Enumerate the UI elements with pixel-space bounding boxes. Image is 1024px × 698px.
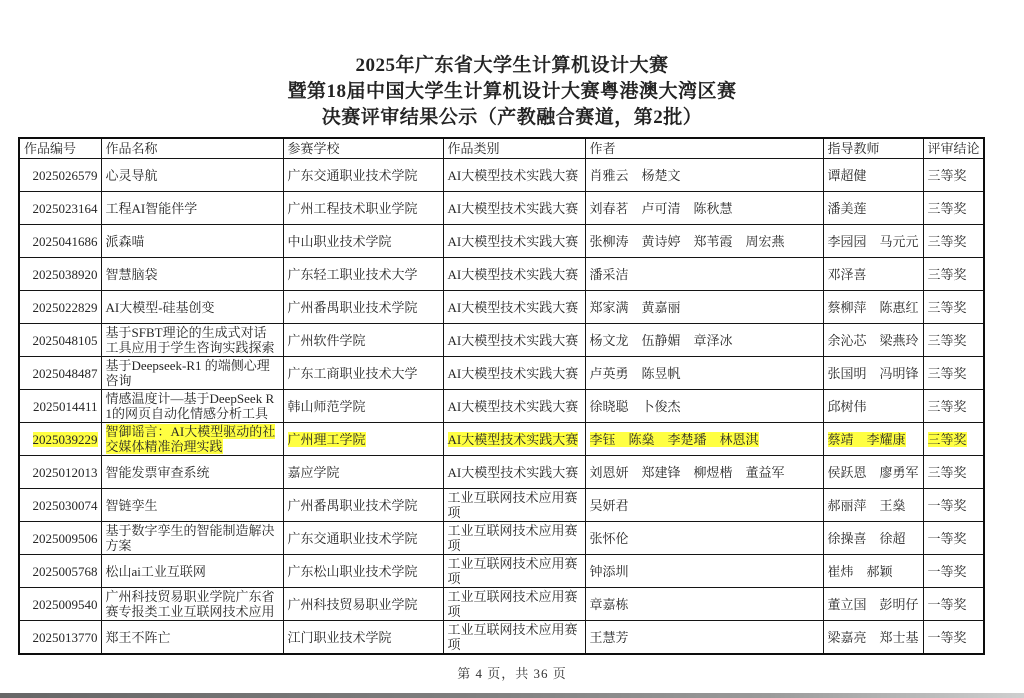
cell-school: 韩山师范学院 bbox=[283, 390, 443, 423]
cell-text: 三等奖 bbox=[928, 333, 967, 348]
cell-result: 三等奖 bbox=[923, 390, 984, 423]
cell-name: 基于Deepseek-R1 的端侧心理咨询 bbox=[101, 357, 283, 390]
cell-id: 2025022829 bbox=[19, 291, 101, 324]
cell-authors: 郑家满 黄嘉丽 bbox=[585, 291, 823, 324]
cell-text: 董立国 彭明仔 bbox=[828, 597, 919, 612]
cell-text: 工业互联网技术应用赛项 bbox=[448, 589, 578, 619]
cell-text: 三等奖 bbox=[928, 234, 967, 249]
cell-text: 情感温度计—基于DeepSeek R1的网页自动化情感分析工具 bbox=[106, 391, 275, 421]
cell-school: 广州科技贸易职业学院 bbox=[283, 588, 443, 621]
cell-text: AI大模型技术实践大赛 bbox=[448, 366, 579, 381]
cell-school: 中山职业技术学院 bbox=[283, 225, 443, 258]
cell-text: 一等奖 bbox=[928, 498, 967, 513]
column-header-result: 评审结论 bbox=[923, 138, 984, 159]
cell-text: 2025014411 bbox=[33, 399, 98, 414]
column-header-id: 作品编号 bbox=[19, 138, 101, 159]
cell-text: 潘美莲 bbox=[828, 201, 867, 216]
cell-text: 邱树伟 bbox=[828, 399, 867, 414]
cell-result: 三等奖 bbox=[923, 357, 984, 390]
cell-teachers: 崔炜 郝颖 bbox=[823, 555, 923, 588]
table-row-highlighted: 2025039229智御谣言：AI大模型驱动的社交媒体精准治理实践广州理工学院A… bbox=[19, 423, 984, 456]
cell-text: 李钰 陈燊 李楚璠 林恩淇 bbox=[590, 432, 759, 447]
cell-category: 工业互联网技术应用赛项 bbox=[443, 621, 585, 655]
cell-text: 吴妍君 bbox=[590, 498, 629, 513]
table-row: 2025026579心灵导航广东交通职业技术学院AI大模型技术实践大赛肖雅云 杨… bbox=[19, 159, 984, 192]
cell-authors: 杨文龙 伍静媚 章泽冰 bbox=[585, 324, 823, 357]
cell-text: 工程AI智能伴学 bbox=[106, 201, 198, 216]
cell-school: 江门职业技术学院 bbox=[283, 621, 443, 655]
cell-text: AI大模型技术实践大赛 bbox=[448, 168, 579, 183]
cell-authors: 肖雅云 杨楚文 bbox=[585, 159, 823, 192]
cell-authors: 卢英勇 陈昱帆 bbox=[585, 357, 823, 390]
cell-id: 2025023164 bbox=[19, 192, 101, 225]
cell-name: 情感温度计—基于DeepSeek R1的网页自动化情感分析工具 bbox=[101, 390, 283, 423]
cell-id: 2025048487 bbox=[19, 357, 101, 390]
cell-text: AI大模型技术实践大赛 bbox=[448, 267, 579, 282]
cell-text: 广州软件学院 bbox=[288, 333, 366, 348]
cell-name: 智链孪生 bbox=[101, 489, 283, 522]
cell-text: 杨文龙 伍静媚 章泽冰 bbox=[590, 333, 733, 348]
cell-id: 2025038920 bbox=[19, 258, 101, 291]
cell-text: 工业互联网技术应用赛项 bbox=[448, 556, 578, 586]
page-title: 2025年广东省大学生计算机设计大赛 暨第18届中国大学生计算机设计大赛粤港澳大… bbox=[0, 53, 1024, 131]
cell-result: 三等奖 bbox=[923, 225, 984, 258]
table-header-row: 作品编号作品名称参赛学校作品类别作者指导教师评审结论 bbox=[19, 138, 984, 159]
cell-id: 2025026579 bbox=[19, 159, 101, 192]
cell-school: 嘉应学院 bbox=[283, 456, 443, 489]
cell-teachers: 侯跃恩 廖勇军 bbox=[823, 456, 923, 489]
cell-category: AI大模型技术实践大赛 bbox=[443, 159, 585, 192]
cell-text: 2025041686 bbox=[33, 234, 98, 249]
cell-authors: 潘采洁 bbox=[585, 258, 823, 291]
cell-text: 谭超健 bbox=[828, 168, 867, 183]
cell-category: 工业互联网技术应用赛项 bbox=[443, 522, 585, 555]
cell-text: 2025009506 bbox=[33, 531, 98, 546]
cell-category: 工业互联网技术应用赛项 bbox=[443, 489, 585, 522]
cell-text: 智御谣言：AI大模型驱动的社交媒体精准治理实践 bbox=[106, 424, 276, 454]
cell-text: 徐晓聪 卜俊杰 bbox=[590, 399, 681, 414]
cell-text: AI大模型技术实践大赛 bbox=[448, 300, 579, 315]
cell-text: 江门职业技术学院 bbox=[288, 630, 392, 645]
cell-school: 广东交通职业技术学院 bbox=[283, 159, 443, 192]
cell-authors: 章嘉栋 bbox=[585, 588, 823, 621]
cell-text: 基于SFBT理论的生成式对话工具应用于学生咨询实践探索 bbox=[106, 325, 275, 355]
cell-authors: 吴妍君 bbox=[585, 489, 823, 522]
cell-text: 李园园 马元元 bbox=[828, 234, 919, 249]
cell-text: 智链孪生 bbox=[106, 498, 158, 513]
cell-id: 2025039229 bbox=[19, 423, 101, 456]
cell-result: 一等奖 bbox=[923, 489, 984, 522]
cell-text: 卢英勇 陈昱帆 bbox=[590, 366, 681, 381]
scan-edge bbox=[0, 693, 1024, 698]
cell-text: 三等奖 bbox=[928, 465, 967, 480]
cell-text: 梁嘉亮 郑士基 bbox=[828, 630, 919, 645]
cell-name: 智能发票审查系统 bbox=[101, 456, 283, 489]
table-row: 2025048105基于SFBT理论的生成式对话工具应用于学生咨询实践探索广州软… bbox=[19, 324, 984, 357]
cell-id: 2025009506 bbox=[19, 522, 101, 555]
cell-teachers: 董立国 彭明仔 bbox=[823, 588, 923, 621]
cell-authors: 钟添圳 bbox=[585, 555, 823, 588]
cell-result: 三等奖 bbox=[923, 258, 984, 291]
cell-school: 广州番禺职业技术学院 bbox=[283, 291, 443, 324]
cell-name: 工程AI智能伴学 bbox=[101, 192, 283, 225]
column-header-teachers: 指导教师 bbox=[823, 138, 923, 159]
cell-text: 徐操喜 徐超 bbox=[828, 531, 906, 546]
cell-id: 2025013770 bbox=[19, 621, 101, 655]
page-title-line-3: 决赛评审结果公示（产教融合赛道，第2批） bbox=[0, 105, 1024, 131]
cell-text: 郑王不阵亡 bbox=[106, 630, 171, 645]
page-title-line-1: 2025年广东省大学生计算机设计大赛 bbox=[0, 53, 1024, 79]
cell-text: 广东轻工职业技术大学 bbox=[288, 267, 418, 282]
cell-teachers: 梁嘉亮 郑士基 bbox=[823, 621, 923, 655]
cell-text: 智慧脑袋 bbox=[106, 267, 158, 282]
cell-text: 广州番禺职业技术学院 bbox=[288, 498, 418, 513]
cell-text: 心灵导航 bbox=[106, 168, 158, 183]
table-row: 2025022829AI大模型-硅基创变广州番禺职业技术学院AI大模型技术实践大… bbox=[19, 291, 984, 324]
cell-text: 2025009540 bbox=[33, 597, 98, 612]
column-header-name: 作品名称 bbox=[101, 138, 283, 159]
cell-text: 2025030074 bbox=[33, 498, 98, 513]
cell-authors: 刘春茗 卢可清 陈秋慧 bbox=[585, 192, 823, 225]
cell-authors: 张柳涛 黄诗婷 郑苇霞 周宏燕 bbox=[585, 225, 823, 258]
cell-name: 郑王不阵亡 bbox=[101, 621, 283, 655]
results-table: 作品编号作品名称参赛学校作品类别作者指导教师评审结论 2025026579心灵导… bbox=[18, 137, 985, 655]
cell-category: AI大模型技术实践大赛 bbox=[443, 225, 585, 258]
cell-text: AI大模型技术实践大赛 bbox=[448, 201, 579, 216]
cell-name: 智慧脑袋 bbox=[101, 258, 283, 291]
cell-teachers: 李园园 马元元 bbox=[823, 225, 923, 258]
cell-result: 一等奖 bbox=[923, 555, 984, 588]
column-header-school: 参赛学校 bbox=[283, 138, 443, 159]
cell-text: 广东松山职业技术学院 bbox=[288, 564, 418, 579]
cell-category: AI大模型技术实践大赛 bbox=[443, 192, 585, 225]
cell-result: 一等奖 bbox=[923, 621, 984, 655]
table-row: 2025012013智能发票审查系统嘉应学院AI大模型技术实践大赛刘恩妍 郑建锋… bbox=[19, 456, 984, 489]
cell-school: 广州番禺职业技术学院 bbox=[283, 489, 443, 522]
cell-name: 派森喵 bbox=[101, 225, 283, 258]
cell-text: 余沁芯 梁燕玲 bbox=[828, 333, 919, 348]
cell-text: 王慧芳 bbox=[590, 630, 629, 645]
cell-text: 广州工程技术职业学院 bbox=[288, 201, 418, 216]
cell-category: 工业互联网技术应用赛项 bbox=[443, 555, 585, 588]
cell-text: 三等奖 bbox=[928, 366, 967, 381]
cell-text: AI大模型-硅基创变 bbox=[106, 300, 215, 315]
cell-text: 工业互联网技术应用赛项 bbox=[448, 490, 578, 520]
cell-school: 广州工程技术职业学院 bbox=[283, 192, 443, 225]
cell-text: 2025012013 bbox=[33, 465, 98, 480]
cell-teachers: 邓泽喜 bbox=[823, 258, 923, 291]
cell-authors: 刘恩妍 郑建锋 柳煜楷 董益军 bbox=[585, 456, 823, 489]
cell-text: 肖雅云 杨楚文 bbox=[590, 168, 681, 183]
table-row: 2025009506基于数字孪生的智能制造解决方案广东交通职业技术学院工业互联网… bbox=[19, 522, 984, 555]
cell-text: 智能发票审查系统 bbox=[106, 465, 210, 480]
cell-text: AI大模型技术实践大赛 bbox=[448, 399, 579, 414]
cell-teachers: 郝丽萍 王燊 bbox=[823, 489, 923, 522]
cell-result: 三等奖 bbox=[923, 192, 984, 225]
cell-text: 广州科技贸易职业学院 bbox=[288, 597, 418, 612]
cell-id: 2025009540 bbox=[19, 588, 101, 621]
cell-school: 广东交通职业技术学院 bbox=[283, 522, 443, 555]
cell-name: AI大模型-硅基创变 bbox=[101, 291, 283, 324]
cell-result: 三等奖 bbox=[923, 159, 984, 192]
cell-teachers: 蔡柳萍 陈惠红 bbox=[823, 291, 923, 324]
cell-id: 2025014411 bbox=[19, 390, 101, 423]
cell-text: 钟添圳 bbox=[590, 564, 629, 579]
table-row: 2025013770郑王不阵亡江门职业技术学院工业互联网技术应用赛项王慧芳梁嘉亮… bbox=[19, 621, 984, 655]
cell-text: AI大模型技术实践大赛 bbox=[448, 432, 579, 447]
cell-school: 广州软件学院 bbox=[283, 324, 443, 357]
cell-category: AI大模型技术实践大赛 bbox=[443, 357, 585, 390]
cell-teachers: 张国明 冯明锋 bbox=[823, 357, 923, 390]
cell-school: 广州理工学院 bbox=[283, 423, 443, 456]
cell-name: 基于数字孪生的智能制造解决方案 bbox=[101, 522, 283, 555]
cell-text: 广东交通职业技术学院 bbox=[288, 168, 418, 183]
table-row: 2025038920智慧脑袋广东轻工职业技术大学AI大模型技术实践大赛潘采洁邓泽… bbox=[19, 258, 984, 291]
cell-text: 张柳涛 黄诗婷 郑苇霞 周宏燕 bbox=[590, 234, 785, 249]
cell-school: 广东工商职业技术大学 bbox=[283, 357, 443, 390]
cell-text: 松山ai工业互联网 bbox=[106, 564, 206, 579]
cell-text: 三等奖 bbox=[928, 432, 967, 447]
cell-text: 三等奖 bbox=[928, 399, 967, 414]
cell-id: 2025012013 bbox=[19, 456, 101, 489]
cell-text: AI大模型技术实践大赛 bbox=[448, 234, 579, 249]
cell-text: AI大模型技术实践大赛 bbox=[448, 465, 579, 480]
cell-text: 刘恩妍 郑建锋 柳煜楷 董益军 bbox=[590, 465, 785, 480]
cell-category: AI大模型技术实践大赛 bbox=[443, 291, 585, 324]
column-header-authors: 作者 bbox=[585, 138, 823, 159]
cell-name: 基于SFBT理论的生成式对话工具应用于学生咨询实践探索 bbox=[101, 324, 283, 357]
cell-authors: 李钰 陈燊 李楚璠 林恩淇 bbox=[585, 423, 823, 456]
cell-result: 三等奖 bbox=[923, 423, 984, 456]
cell-text: 中山职业技术学院 bbox=[288, 234, 392, 249]
cell-text: 一等奖 bbox=[928, 630, 967, 645]
cell-text: 派森喵 bbox=[106, 234, 145, 249]
cell-text: 2025026579 bbox=[33, 168, 98, 183]
cell-teachers: 余沁芯 梁燕玲 bbox=[823, 324, 923, 357]
cell-teachers: 谭超健 bbox=[823, 159, 923, 192]
cell-text: 工业互联网技术应用赛项 bbox=[448, 622, 578, 652]
cell-text: 三等奖 bbox=[928, 300, 967, 315]
cell-teachers: 潘美莲 bbox=[823, 192, 923, 225]
cell-teachers: 邱树伟 bbox=[823, 390, 923, 423]
cell-result: 一等奖 bbox=[923, 588, 984, 621]
cell-name: 心灵导航 bbox=[101, 159, 283, 192]
cell-text: 潘采洁 bbox=[590, 267, 629, 282]
cell-authors: 徐晓聪 卜俊杰 bbox=[585, 390, 823, 423]
cell-text: 2025005768 bbox=[33, 564, 98, 579]
cell-name: 广州科技贸易职业学院广东省赛专报类工业互联网技术应用 bbox=[101, 588, 283, 621]
cell-category: AI大模型技术实践大赛 bbox=[443, 423, 585, 456]
cell-text: 章嘉栋 bbox=[590, 597, 629, 612]
cell-id: 2025041686 bbox=[19, 225, 101, 258]
cell-text: 工业互联网技术应用赛项 bbox=[448, 523, 578, 553]
cell-text: 张怀伦 bbox=[590, 531, 629, 546]
cell-id: 2025005768 bbox=[19, 555, 101, 588]
cell-text: 基于数字孪生的智能制造解决方案 bbox=[106, 523, 275, 553]
cell-text: 基于Deepseek-R1 的端侧心理咨询 bbox=[106, 358, 270, 388]
table-row: 2025014411情感温度计—基于DeepSeek R1的网页自动化情感分析工… bbox=[19, 390, 984, 423]
cell-text: 2025048487 bbox=[33, 366, 98, 381]
table-row: 2025041686派森喵中山职业技术学院AI大模型技术实践大赛张柳涛 黄诗婷 … bbox=[19, 225, 984, 258]
cell-text: 2025022829 bbox=[33, 300, 98, 315]
cell-category: 工业互联网技术应用赛项 bbox=[443, 588, 585, 621]
cell-school: 广东松山职业技术学院 bbox=[283, 555, 443, 588]
cell-text: 崔炜 郝颖 bbox=[828, 564, 893, 579]
cell-text: 广州理工学院 bbox=[288, 432, 366, 447]
cell-text: 2025013770 bbox=[33, 630, 98, 645]
cell-text: 邓泽喜 bbox=[828, 267, 867, 282]
cell-name: 松山ai工业互联网 bbox=[101, 555, 283, 588]
cell-id: 2025048105 bbox=[19, 324, 101, 357]
cell-category: AI大模型技术实践大赛 bbox=[443, 390, 585, 423]
cell-text: 一等奖 bbox=[928, 597, 967, 612]
table-row: 2025009540广州科技贸易职业学院广东省赛专报类工业互联网技术应用广州科技… bbox=[19, 588, 984, 621]
cell-text: 广东工商职业技术大学 bbox=[288, 366, 418, 381]
cell-category: AI大模型技术实践大赛 bbox=[443, 258, 585, 291]
cell-teachers: 徐操喜 徐超 bbox=[823, 522, 923, 555]
cell-result: 三等奖 bbox=[923, 291, 984, 324]
cell-text: 2025048105 bbox=[33, 333, 98, 348]
cell-authors: 王慧芳 bbox=[585, 621, 823, 655]
cell-category: AI大模型技术实践大赛 bbox=[443, 324, 585, 357]
cell-result: 一等奖 bbox=[923, 522, 984, 555]
cell-text: 广东交通职业技术学院 bbox=[288, 531, 418, 546]
cell-text: 郝丽萍 王燊 bbox=[828, 498, 906, 513]
cell-result: 三等奖 bbox=[923, 324, 984, 357]
cell-text: 广州番禺职业技术学院 bbox=[288, 300, 418, 315]
page-number: 第 4 页，共 36 页 bbox=[0, 663, 1024, 682]
page-title-line-2: 暨第18届中国大学生计算机设计大赛粤港澳大湾区赛 bbox=[0, 79, 1024, 105]
column-header-category: 作品类别 bbox=[443, 138, 585, 159]
cell-school: 广东轻工职业技术大学 bbox=[283, 258, 443, 291]
cell-text: 2025038920 bbox=[33, 267, 98, 282]
cell-text: 一等奖 bbox=[928, 531, 967, 546]
cell-text: 蔡柳萍 陈惠红 bbox=[828, 300, 919, 315]
table-row: 2025030074智链孪生广州番禺职业技术学院工业互联网技术应用赛项吴妍君郝丽… bbox=[19, 489, 984, 522]
cell-text: 广州科技贸易职业学院广东省赛专报类工业互联网技术应用 bbox=[106, 589, 275, 619]
cell-text: 嘉应学院 bbox=[288, 465, 340, 480]
cell-text: 韩山师范学院 bbox=[288, 399, 366, 414]
cell-name: 智御谣言：AI大模型驱动的社交媒体精准治理实践 bbox=[101, 423, 283, 456]
cell-result: 三等奖 bbox=[923, 456, 984, 489]
cell-text: 蔡靖 李耀康 bbox=[828, 432, 906, 447]
cell-text: 刘春茗 卢可清 陈秋慧 bbox=[590, 201, 733, 216]
table-row: 2025048487基于Deepseek-R1 的端侧心理咨询广东工商职业技术大… bbox=[19, 357, 984, 390]
cell-text: 三等奖 bbox=[928, 201, 967, 216]
cell-category: AI大模型技术实践大赛 bbox=[443, 456, 585, 489]
table-row: 2025023164工程AI智能伴学广州工程技术职业学院AI大模型技术实践大赛刘… bbox=[19, 192, 984, 225]
cell-text: 一等奖 bbox=[928, 564, 967, 579]
cell-id: 2025030074 bbox=[19, 489, 101, 522]
cell-teachers: 蔡靖 李耀康 bbox=[823, 423, 923, 456]
cell-text: 三等奖 bbox=[928, 267, 967, 282]
table-row: 2025005768松山ai工业互联网广东松山职业技术学院工业互联网技术应用赛项… bbox=[19, 555, 984, 588]
cell-text: AI大模型技术实践大赛 bbox=[448, 333, 579, 348]
cell-text: 2025023164 bbox=[33, 201, 98, 216]
cell-text: 三等奖 bbox=[928, 168, 967, 183]
cell-authors: 张怀伦 bbox=[585, 522, 823, 555]
cell-text: 2025039229 bbox=[33, 432, 98, 447]
cell-text: 张国明 冯明锋 bbox=[828, 366, 919, 381]
cell-text: 侯跃恩 廖勇军 bbox=[828, 465, 919, 480]
cell-text: 郑家满 黄嘉丽 bbox=[590, 300, 681, 315]
